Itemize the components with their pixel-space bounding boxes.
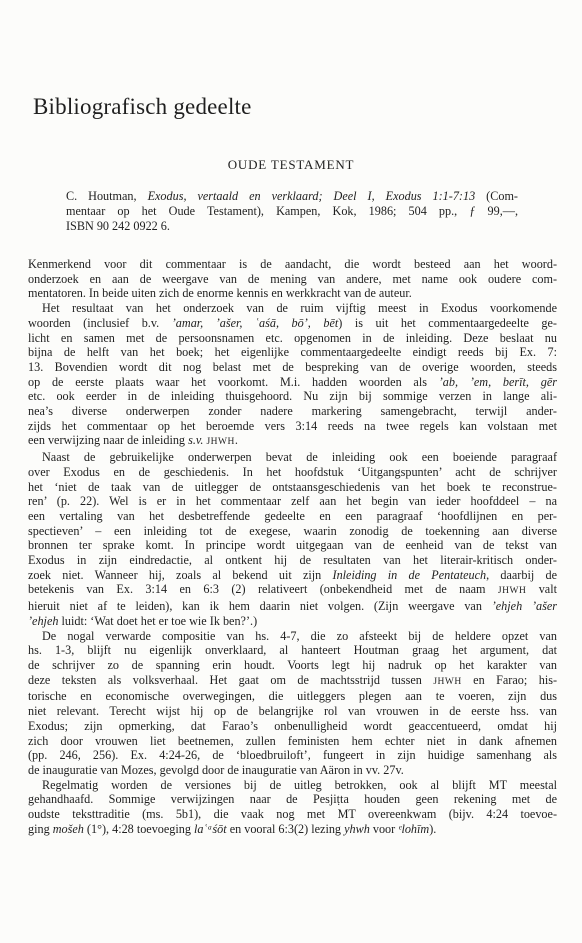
italic-run: mošeh [53, 822, 84, 836]
text-line: oudste teksttraditie (ms. 5b1), die vaak… [28, 807, 557, 822]
text-run: valt [526, 582, 557, 596]
text-run: en Farao; his- [462, 673, 557, 687]
text-run: Exodus; zijn opmerking, dat Farao’s onbe… [28, 719, 557, 733]
text-run: en vooral 6:3(2) lezing [227, 822, 344, 836]
body-paragraph: Kenmerkend voor dit commentaar is de aan… [28, 257, 557, 301]
text-line: op de eerste plaats waar het voorkomt. M… [28, 375, 557, 390]
text-run: 99,—, [475, 204, 518, 218]
text-run: luidt: ‘Wat doet het er toe wie Ik ben?’… [58, 614, 257, 628]
text-run: woorden (inclusief b.v. [28, 316, 172, 330]
text-line: De nogal verwarde compositie van hs. 4-7… [28, 629, 557, 644]
text-run: Exodus in zijn eindredactie, al ontkent … [28, 553, 557, 567]
italic-run: s.v. [188, 433, 203, 447]
text-line: ’ehjeh luidt: ‘Wat doet het er toe wie I… [28, 614, 557, 629]
text-line: zoek niet. Wanneer hij, zoals al bekend … [28, 568, 557, 583]
page-title: Bibliografisch gedeelte [33, 94, 252, 120]
text-line: Regelmatig worden de versiones bij de ui… [28, 778, 557, 793]
text-line: ging mošeh (1°), 4:28 toevoeging laʿᵃśōt… [28, 822, 557, 837]
divine-name-smallcaps: JHWH [433, 677, 461, 687]
text-run: een vertaling van het desbetreffende ged… [28, 509, 557, 523]
text-line: Exodus in zijn eindredactie, al ontkent … [28, 553, 557, 568]
italic-run: ’ehjeh ’ašer [492, 599, 557, 613]
text-line: Naast de gebruikelijke onderwerpen bevat… [28, 450, 557, 465]
text-run: bronnen ter sprake komt. In principe wor… [28, 538, 557, 552]
text-run: 13. Bovendien wordt dit nog belast met d… [28, 360, 557, 374]
body-paragraph: De nogal verwarde compositie van hs. 4-7… [28, 629, 557, 778]
text-run: ging [28, 822, 53, 836]
text-run: (1°), 4:28 toevoeging [84, 822, 194, 836]
text-run: hieruit niet af te leiden), kan ik hem d… [28, 599, 492, 613]
text-run: over Exodus en de geschiedenis. In het h… [28, 465, 557, 479]
text-run: C. Houtman, [66, 189, 148, 203]
text-run: de schrijver zo de spanning erin houdt. … [28, 658, 557, 672]
italic-run: ’ehjeh [28, 614, 58, 628]
text-run: de inauguratie van Mozes, gevolgd door d… [28, 763, 404, 777]
italic-run: ’ab, ’em, berīt, gēr [439, 375, 557, 389]
text-line: deze teksten als volksverhaal. Het gaat … [28, 673, 557, 690]
text-line: een vertaling van het desbetreffende ged… [28, 509, 557, 524]
text-run: het ‘niet de taak van de uitlegger de on… [28, 480, 557, 494]
body-text: Kenmerkend voor dit commentaar is de aan… [28, 257, 557, 836]
italic-run: ’amar, ’ašer, ʿaśā, bō’, bēt [172, 316, 339, 330]
text-line: de inauguratie van Mozes, gevolgd door d… [28, 763, 557, 778]
text-run: etc. ook eerder in de inleiding thuisgeh… [28, 389, 557, 403]
text-line: Het resultaat van het onderzoek van de r… [28, 301, 557, 316]
text-line: de schrijver zo de spanning erin houdt. … [28, 658, 557, 673]
text-run: mentaar op het Oude Testament), Kampen, … [66, 204, 469, 218]
text-line: onderzoek en aan de weergave van de meni… [28, 272, 557, 287]
text-run: ). [429, 822, 436, 836]
text-line: een verwijzing naar de inleiding s.v. JH… [28, 433, 557, 450]
text-run: zoek niet. Wanneer hij, zoals al bekend … [28, 568, 333, 582]
text-line: 13. Bovendien wordt dit nog belast met d… [28, 360, 557, 375]
text-line: ren’ (p. 22). Wel is er in het commentaa… [28, 494, 557, 509]
text-line: gehandhaafd. Sommige verwijzingen naar d… [28, 792, 557, 807]
text-run: gehandhaafd. Sommige verwijzingen naar d… [28, 792, 557, 806]
text-run: deze teksten als volksverhaal. Het gaat … [28, 673, 433, 687]
text-line: torische en economische overwegingen, di… [28, 689, 557, 704]
text-run: onderzoek en aan de weergave van de meni… [28, 272, 557, 286]
body-paragraph: Het resultaat van het onderzoek van de r… [28, 301, 557, 450]
text-run: (Com- [475, 189, 518, 203]
text-run: niet relevant. Terecht wijst hij op de b… [28, 704, 557, 718]
text-run: ren’ (p. 22). Wel is er in het commentaa… [28, 494, 557, 508]
text-line: zijds het commentaar op het beroemde ver… [28, 419, 557, 434]
text-run: Regelmatig worden de versiones bij de ui… [42, 778, 557, 792]
text-run: zijds het commentaar op het beroemde ver… [28, 419, 557, 433]
text-line: betekenis van Ex. 3:14 en 6:3 (2) relati… [28, 582, 557, 599]
text-line: nea’s diverse onderwerpen zonder nadere … [28, 404, 557, 419]
text-run: hs. 1-3, blijft nu eigenlijk onverklaard… [28, 643, 557, 657]
text-line: het ‘niet de taak van de uitlegger de on… [28, 480, 557, 495]
text-run: Kenmerkend voor dit commentaar is de aan… [28, 257, 557, 271]
text-run: voor [370, 822, 398, 836]
text-line: bijna de helft van het boek; het eigenli… [28, 345, 557, 360]
text-line: mentaar op het Oude Testament), Kampen, … [66, 204, 518, 219]
text-line: etc. ook eerder in de inleiding thuisgeh… [28, 389, 557, 404]
body-paragraph: Naast de gebruikelijke onderwerpen bevat… [28, 450, 557, 628]
text-line: zich door vrouwen liet beetnemen, zullen… [28, 734, 557, 749]
text-line: licht en samen met de persoonsnamen etc.… [28, 331, 557, 346]
text-run: . [235, 433, 238, 447]
text-line: Kenmerkend voor dit commentaar is de aan… [28, 257, 557, 272]
text-line: C. Houtman, Exodus, vertaald en verklaar… [66, 189, 518, 204]
citation-block: C. Houtman, Exodus, vertaald en verklaar… [66, 189, 518, 234]
text-line: ISBN 90 242 0922 6. [66, 219, 518, 234]
text-run: ISBN 90 242 0922 6. [66, 219, 170, 233]
text-run: bijna de helft van het boek; het eigenli… [28, 345, 557, 359]
text-line: woorden (inclusief b.v. ’amar, ’ašer, ʿa… [28, 316, 557, 331]
body-paragraph: Regelmatig worden de versiones bij de ui… [28, 778, 557, 837]
divine-name-smallcaps: JHWH [206, 437, 234, 447]
text-line: (pp. 246, 256). Ex. 4:24-26, de ‘bloedbr… [28, 748, 557, 763]
text-line: mentatoren. In beide uiten zich de enorm… [28, 286, 557, 301]
text-line: spectieven’ – een inleiding tot de exege… [28, 524, 557, 539]
section-heading: OUDE TESTAMENT [0, 157, 582, 173]
text-run: een verwijzing naar de inleiding [28, 433, 188, 447]
italic-run: yhwh [344, 822, 370, 836]
text-run: op de eerste plaats waar het voorkomt. M… [28, 375, 439, 389]
text-run: nea’s diverse onderwerpen zonder nadere … [28, 404, 557, 418]
text-line: bronnen ter sprake komt. In principe wor… [28, 538, 557, 553]
text-run: torische en economische overwegingen, di… [28, 689, 557, 703]
text-run: licht en samen met de persoonsnamen etc.… [28, 331, 557, 345]
divine-name-smallcaps: JHWH [498, 586, 526, 596]
italic-run: Inleiding in de Pentateuch [333, 568, 487, 582]
text-run: spectieven’ – een inleiding tot de exege… [28, 524, 557, 538]
text-line: hieruit niet af te leiden), kan ik hem d… [28, 599, 557, 614]
text-line: niet relevant. Terecht wijst hij op de b… [28, 704, 557, 719]
text-run: Het resultaat van het onderzoek van de r… [42, 301, 557, 315]
document-page: Bibliografisch gedeelte OUDE TESTAMENT C… [0, 0, 582, 943]
text-run: ) is uit het commentaargedeelte ge- [338, 316, 557, 330]
text-run: De nogal verwarde compositie van hs. 4-7… [42, 629, 557, 643]
text-line: hs. 1-3, blijft nu eigenlijk onverklaard… [28, 643, 557, 658]
italic-run: ᵉlohīm [398, 822, 429, 836]
text-run: , daarbij de [486, 568, 557, 582]
text-run: Naast de gebruikelijke onderwerpen bevat… [42, 450, 557, 464]
text-run: betekenis van Ex. 3:14 en 6:3 (2) relati… [28, 582, 498, 596]
text-run: oudste teksttraditie (ms. 5b1), die vaak… [28, 807, 557, 821]
text-run: mentatoren. In beide uiten zich de enorm… [28, 286, 412, 300]
italic-run: Exodus, vertaald en verklaard; Deel I, E… [148, 189, 476, 203]
text-line: Exodus; zijn opmerking, dat Farao’s onbe… [28, 719, 557, 734]
text-run: zich door vrouwen liet beetnemen, zullen… [28, 734, 557, 748]
text-line: over Exodus en de geschiedenis. In het h… [28, 465, 557, 480]
italic-run: laʿᵃśōt [194, 822, 227, 836]
text-run: (pp. 246, 256). Ex. 4:24-26, de ‘bloedbr… [28, 748, 557, 762]
